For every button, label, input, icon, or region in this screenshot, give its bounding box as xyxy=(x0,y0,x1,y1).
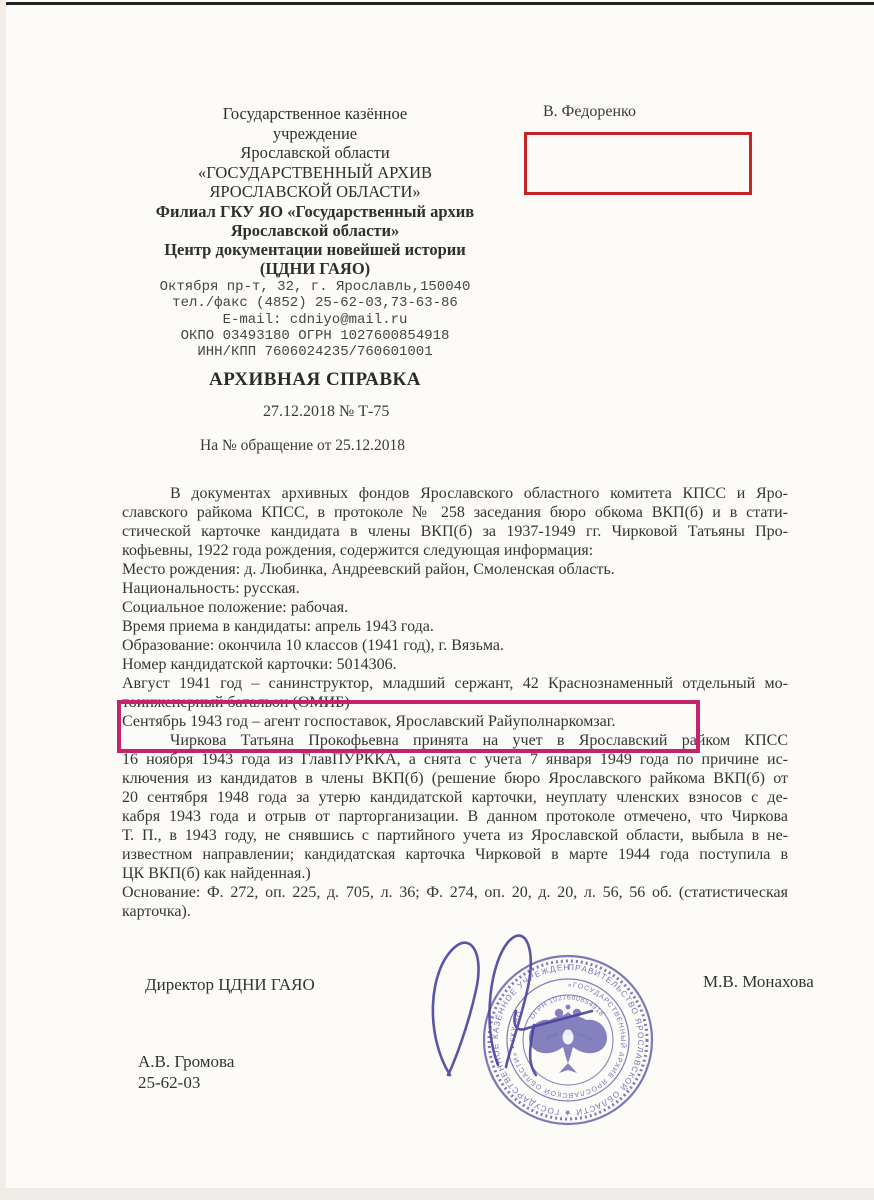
branch-name-line: Центр документации новейшей истории xyxy=(95,240,535,259)
body-line: кабря 1943 года и отрыв от парторганизац… xyxy=(122,807,788,826)
archival-certificate-scan: В. Федоренко Государственное казённое уч… xyxy=(0,0,874,1200)
body-line: Т. П., в 1943 году, не снявшись с партий… xyxy=(122,826,788,845)
email-line: E-mail: cdniyo@mail.ru xyxy=(95,312,535,328)
body-line: 20 сентября 1948 года за утерю кандидатс… xyxy=(122,788,788,807)
body-line: Номер кандидатской карточки: 5014306. xyxy=(122,655,788,674)
letterhead: Государственное казённое учреждение Ярос… xyxy=(95,104,535,361)
org-name-line: ЯРОСЛАВСКОЙ ОБЛАСТИ» xyxy=(95,182,535,202)
executor-name: А.В. Громова xyxy=(138,1052,234,1072)
body-line: ключения из кандидатов в члены ВКП(б) (р… xyxy=(122,769,788,788)
branch-name-line: (ЦДНИ ГАЯО) xyxy=(95,259,535,278)
body-line: Август 1941 год – санинструктор, младший… xyxy=(122,674,788,693)
redaction-box xyxy=(524,132,752,195)
body-line: Место рождения: д. Любинка, Андреевский … xyxy=(122,560,788,579)
org-name-line: «ГОСУДАРСТВЕННЫЙ АРХИВ xyxy=(95,163,535,183)
body-line: Время приема в кандидаты: апрель 1943 го… xyxy=(122,617,788,636)
body-line: В документах архивных фондов Ярославског… xyxy=(122,484,788,503)
body-line: Образование: окончила 10 классов (1941 г… xyxy=(122,636,788,655)
body-line: ЦК ВКП(б) как найденная.) xyxy=(122,864,788,883)
branch-name-line: Филиал ГКУ ЯО «Государственный архив xyxy=(95,202,535,221)
scan-edge-bottom xyxy=(0,1188,874,1200)
body-line: стической карточке кандидата в члены ВКП… xyxy=(122,522,788,541)
okpo-ogrn-line: ОКПО 03493180 ОГРН 1027600854918 xyxy=(95,328,535,344)
highlight-box xyxy=(117,700,700,753)
inn-kpp-line: ИНН/КПП 7606024235/760601001 xyxy=(95,344,535,360)
scan-edge-top xyxy=(0,2,874,5)
body-line: Национальность: русская. xyxy=(122,579,788,598)
director-position-label: Директор ЦДНИ ГАЯО xyxy=(145,975,315,995)
recipient-name: В. Федоренко xyxy=(543,103,636,121)
branch-name-line: Ярославской области» xyxy=(95,221,535,240)
reference-line: На № обращение от 25.12.2018 xyxy=(200,437,405,455)
signature-ink xyxy=(410,915,610,1090)
scan-edge-left xyxy=(0,0,6,1200)
body-line: славского райкома КПСС, в протоколе № 25… xyxy=(122,503,788,522)
signature-icon xyxy=(410,915,610,1090)
executor-phone: 25-62-03 xyxy=(138,1073,200,1093)
address-line: Октября пр-т, 32, г. Ярославль,150040 xyxy=(95,279,535,295)
phone-line: тел./факс (4852) 25-62-03,73-63-86 xyxy=(95,295,535,311)
org-name-line: Государственное казённое xyxy=(95,104,535,124)
director-name: М.В. Монахова xyxy=(703,972,814,992)
doc-title: АРХИВНАЯ СПРАВКА xyxy=(95,369,535,391)
body-line: кофьевны, 1922 года рождения, содержится… xyxy=(122,541,788,560)
org-name-line: учреждение xyxy=(95,124,535,144)
body-line: известном направлении; кандидатская карт… xyxy=(122,845,788,864)
body-line: Социальное положение: рабочая. xyxy=(122,598,788,617)
doc-number: 27.12.2018 № Т-75 xyxy=(263,403,389,421)
body-line: Основание: Ф. 272, оп. 225, д. 705, л. 3… xyxy=(122,883,788,902)
org-name-line: Ярославской области xyxy=(95,143,535,163)
